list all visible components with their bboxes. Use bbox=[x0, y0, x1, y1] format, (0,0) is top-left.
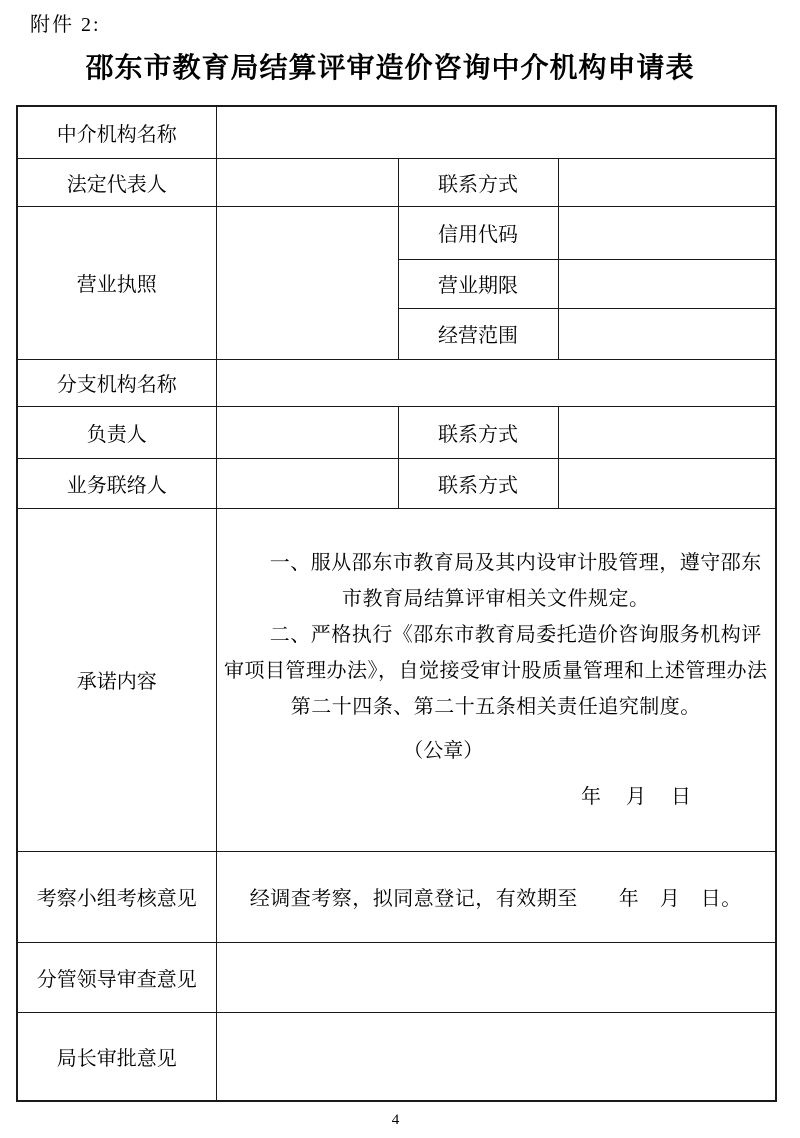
row-inspection-opinion: 考察小组考核意见 经调查考察，拟同意登记，有效期至 年 月 日。 bbox=[17, 851, 776, 942]
leader-opinion-label: 分管领导审查意见 bbox=[17, 942, 216, 1012]
business-license-value-cell bbox=[216, 206, 398, 359]
application-table: 中介机构名称 法定代表人 联系方式 营业执照 信用代码 营业期限 经营范围 分支… bbox=[16, 105, 777, 1102]
commitment-label: 承诺内容 bbox=[17, 508, 216, 851]
commitment-paragraph-2: 二、严格执行《邵东市教育局委托造价咨询服务机构评审项目管理办法》，自觉接受审计股… bbox=[221, 617, 772, 725]
row-person-in-charge: 负责人 联系方式 bbox=[17, 406, 776, 458]
commitment-paragraph-1: 一、服从邵东市教育局及其内设审计股管理，遵守邵东市教育局结算评审相关文件规定。 bbox=[221, 545, 772, 617]
business-scope-value-cell bbox=[558, 308, 776, 359]
director-opinion-label: 局长审批意见 bbox=[17, 1012, 216, 1101]
business-license-label: 营业执照 bbox=[17, 206, 216, 359]
business-term-value-cell bbox=[558, 259, 776, 308]
commitment-content-cell: 一、服从邵东市教育局及其内设审计股管理，遵守邵东市教育局结算评审相关文件规定。 … bbox=[216, 508, 776, 851]
person-in-charge-label: 负责人 bbox=[17, 406, 216, 458]
business-scope-label: 经营范围 bbox=[398, 308, 558, 359]
row-branch-name: 分支机构名称 bbox=[17, 359, 776, 406]
business-liaison-label: 业务联络人 bbox=[17, 458, 216, 508]
row-business-liaison: 业务联络人 联系方式 bbox=[17, 458, 776, 508]
branch-name-value-cell bbox=[216, 359, 776, 406]
legal-rep-contact-label: 联系方式 bbox=[398, 158, 558, 206]
person-in-charge-contact-label: 联系方式 bbox=[398, 406, 558, 458]
inspection-opinion-value: 经调查考察，拟同意登记，有效期至 年 月 日。 bbox=[216, 851, 776, 942]
agency-name-label: 中介机构名称 bbox=[17, 106, 216, 158]
seal-placeholder: （公章） bbox=[221, 733, 772, 769]
legal-rep-label: 法定代表人 bbox=[17, 158, 216, 206]
business-liaison-contact-label: 联系方式 bbox=[398, 458, 558, 508]
row-agency-name: 中介机构名称 bbox=[17, 106, 776, 158]
business-liaison-value-cell bbox=[216, 458, 398, 508]
legal-rep-value-cell bbox=[216, 158, 398, 206]
row-legal-representative: 法定代表人 联系方式 bbox=[17, 158, 776, 206]
business-liaison-contact-value-cell bbox=[558, 458, 776, 508]
credit-code-label: 信用代码 bbox=[398, 206, 558, 259]
row-credit-code: 营业执照 信用代码 bbox=[17, 206, 776, 259]
person-in-charge-contact-value-cell bbox=[558, 406, 776, 458]
agency-name-value-cell bbox=[216, 106, 776, 158]
commitment-date-line: 年 月 日 bbox=[221, 779, 772, 815]
attachment-label: 附件 2: bbox=[30, 8, 101, 37]
row-commitment: 承诺内容 一、服从邵东市教育局及其内设审计股管理，遵守邵东市教育局结算评审相关文… bbox=[17, 508, 776, 851]
row-director-opinion: 局长审批意见 bbox=[17, 1012, 776, 1101]
page-title: 邵东市教育局结算评审造价咨询中介机构申请表 bbox=[0, 46, 780, 86]
branch-name-label: 分支机构名称 bbox=[17, 359, 216, 406]
credit-code-value-cell bbox=[558, 206, 776, 259]
page-number: 4 bbox=[16, 1112, 775, 1129]
leader-opinion-value-cell bbox=[216, 942, 776, 1012]
business-term-label: 营业期限 bbox=[398, 259, 558, 308]
person-in-charge-value-cell bbox=[216, 406, 398, 458]
row-leader-opinion: 分管领导审查意见 bbox=[17, 942, 776, 1012]
inspection-opinion-label: 考察小组考核意见 bbox=[17, 851, 216, 942]
director-opinion-value-cell bbox=[216, 1012, 776, 1101]
legal-rep-contact-value-cell bbox=[558, 158, 776, 206]
